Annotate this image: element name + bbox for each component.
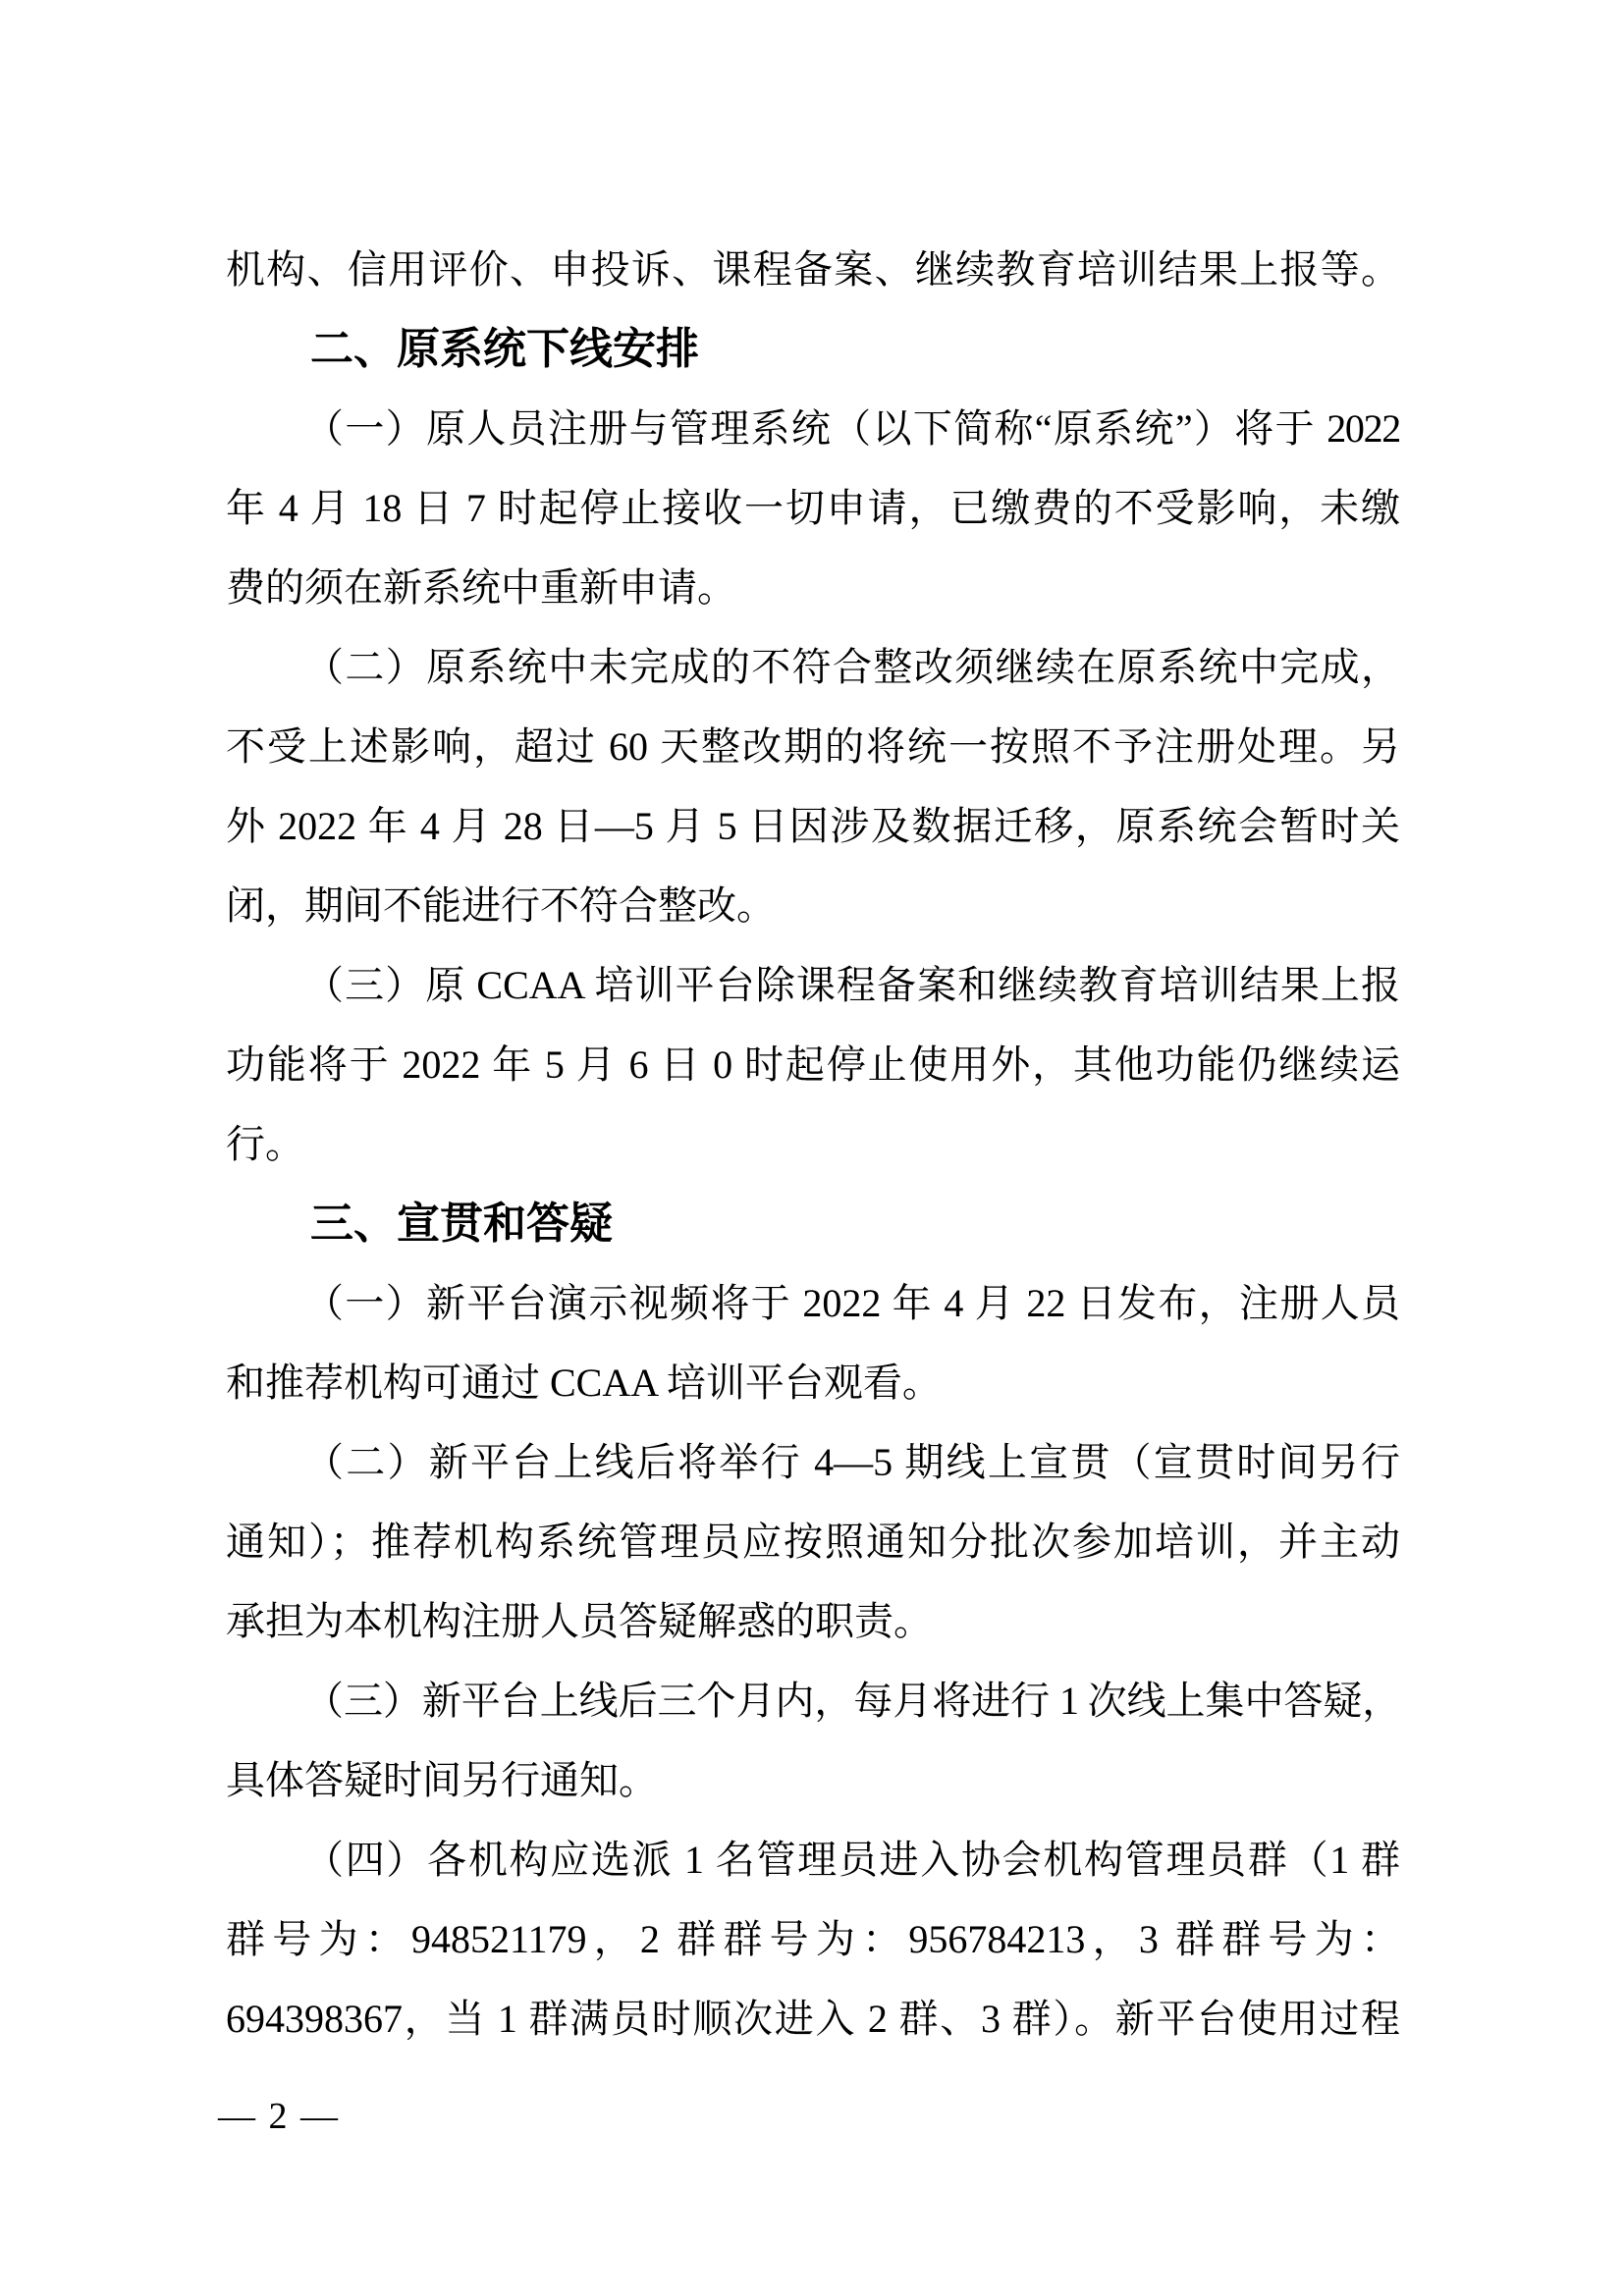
body-line: 和推荐机构可通过 CCAA 培训平台观看。 xyxy=(226,1343,1400,1422)
body-line: 通知）；推荐机构系统管理员应按照通知分批次参加培训，并主动 xyxy=(226,1502,1400,1581)
section-heading: 二、原系统下线安排 xyxy=(226,309,1400,389)
document-text-block: 机构、信用评价、申投诉、课程备案、继续教育培训结果上报等。 二、原系统下线安排 … xyxy=(226,230,1400,2058)
body-line: 功能将于 2022 年 5 月 6 日 0 时起停止使用外，其他功能仍继续运 xyxy=(226,1025,1400,1104)
body-line: （二）原系统中未完成的不符合整改须继续在原系统中完成， xyxy=(226,627,1400,707)
body-line: （一）新平台演示视频将于 2022 年 4 月 22 日发布，注册人员 xyxy=(226,1263,1400,1343)
body-line: 行。 xyxy=(226,1104,1400,1184)
body-line: 外 2022 年 4 月 28 日—5 月 5 日因涉及数据迁移，原系统会暂时关 xyxy=(226,786,1400,866)
body-line: 不受上述影响，超过 60 天整改期的将统一按照不予注册处理。另 xyxy=(226,707,1400,786)
section-heading: 三、宣贯和答疑 xyxy=(226,1184,1400,1263)
page-number: — 2 — xyxy=(218,2077,340,2157)
document-page: 机构、信用评价、申投诉、课程备案、继续教育培训结果上报等。 二、原系统下线安排 … xyxy=(0,0,1624,2296)
body-line: 费的须在新系统中重新申请。 xyxy=(226,548,1400,627)
body-line: 年 4 月 18 日 7 时起停止接收一切申请，已缴费的不受影响，未缴 xyxy=(226,468,1400,548)
body-line: 闭，期间不能进行不符合整改。 xyxy=(226,866,1400,945)
body-line: （三）新平台上线后三个月内，每月将进行 1 次线上集中答疑， xyxy=(226,1661,1400,1740)
body-line: （二）新平台上线后将举行 4—5 期线上宣贯（宣贯时间另行 xyxy=(226,1422,1400,1502)
body-line: 群号为：948521179，2 群群号为：956784213，3 群群号为： xyxy=(226,1899,1400,1979)
body-line: 承担为本机构注册人员答疑解惑的职责。 xyxy=(226,1581,1400,1661)
body-line: 694398367，当 1 群满员时顺次进入 2 群、3 群）。新平台使用过程 xyxy=(226,1979,1400,2058)
body-line: （四）各机构应选派 1 名管理员进入协会机构管理员群（1 群 xyxy=(226,1820,1400,1899)
body-line: （一）原人员注册与管理系统（以下简称“原系统”）将于 2022 xyxy=(226,389,1400,468)
body-line: 机构、信用评价、申投诉、课程备案、继续教育培训结果上报等。 xyxy=(226,230,1400,309)
body-line: 具体答疑时间另行通知。 xyxy=(226,1740,1400,1820)
body-line: （三）原 CCAA 培训平台除课程备案和继续教育培训结果上报 xyxy=(226,945,1400,1025)
